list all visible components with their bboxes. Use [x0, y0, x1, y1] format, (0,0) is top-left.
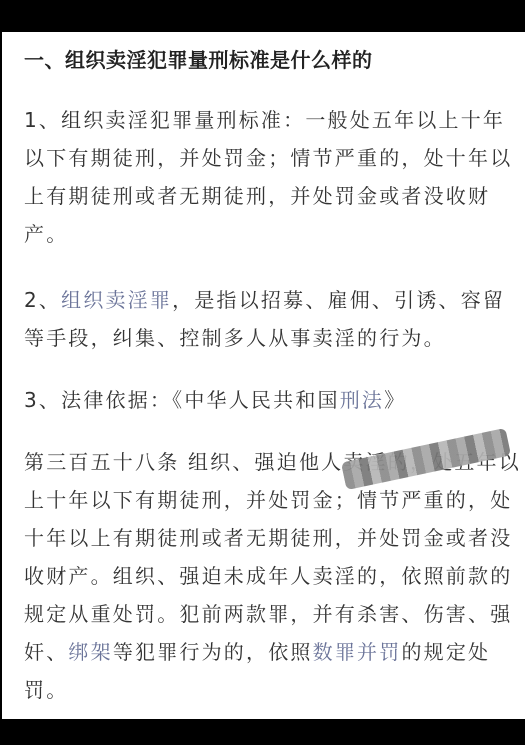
- text-line: 3、法律依据：《中华人民共和国刑法》: [24, 381, 504, 419]
- text-line: 奸、绑架等犯罪行为的，依照数罪并罚的规定处: [24, 633, 504, 671]
- text-line: 十年以上有期徒刑或者无期徒刑，并处罚金或者没: [24, 519, 504, 557]
- text-line: 等手段，纠集、控制多人从事卖淫的行为。: [24, 319, 504, 357]
- text-line: 上有期徒刑或者无期徒刑，并处罚金或者没收财: [24, 177, 504, 215]
- text-line: 罚。: [24, 671, 504, 709]
- text-line: 以下有期徒刑，并处罚金；情节严重的，处十年以: [24, 139, 504, 177]
- text-line: 上十年以下有期徒刑，并处罚金；情节严重的，处: [24, 481, 504, 519]
- paragraph-definition: 2、组织卖淫罪，是指以招募、雇佣、引诱、容留 等手段，纠集、控制多人从事卖淫的行…: [24, 281, 504, 357]
- text-middle: 等犯罪行为的，依照: [113, 640, 313, 664]
- link-kidnapping[interactable]: 绑架: [68, 640, 112, 664]
- text-line: 收财产。组织、强迫未成年人卖淫的，依照前款的: [24, 557, 504, 595]
- text-line: 2、组织卖淫罪，是指以招募、雇佣、引诱、容留: [24, 281, 504, 319]
- text-line: 1、组织卖淫犯罪量刑标准：一般处五年以上十年: [24, 101, 504, 139]
- text-line: 产。: [24, 215, 504, 253]
- link-organizing-prostitution[interactable]: 组织卖淫罪: [61, 288, 172, 312]
- article-page: 一、组织卖淫犯罪量刑标准是什么样的 1、组织卖淫犯罪量刑标准：一般处五年以上十年…: [2, 32, 525, 719]
- text-suffix: 的规定处: [401, 640, 490, 664]
- text-rest: ，是指以招募、雇佣、引诱、容留: [172, 288, 505, 312]
- link-criminal-law[interactable]: 刑法: [340, 388, 384, 412]
- link-combined-punishment[interactable]: 数罪并罚: [313, 640, 402, 664]
- section-heading: 一、组织卖淫犯罪量刑标准是什么样的: [24, 46, 504, 74]
- text-prefix: 奸、: [24, 640, 68, 664]
- paragraph-sentencing-standard: 1、组织卖淫犯罪量刑标准：一般处五年以上十年 以下有期徒刑，并处罚金；情节严重的…: [24, 101, 504, 253]
- text-prefix: 3、法律依据：《中华人民共和国: [24, 388, 340, 412]
- paragraph-article-358: 第三百五十八条 组织、强迫他人卖淫的，处五年以 上十年以下有期徒刑，并处罚金；情…: [24, 443, 504, 709]
- text-line: 规定从重处罚。犯前两款罪，并有杀害、伤害、强: [24, 595, 504, 633]
- text-suffix: 》: [384, 388, 406, 412]
- text-prefix: 2、: [24, 288, 61, 312]
- paragraph-legal-basis: 3、法律依据：《中华人民共和国刑法》: [24, 381, 504, 419]
